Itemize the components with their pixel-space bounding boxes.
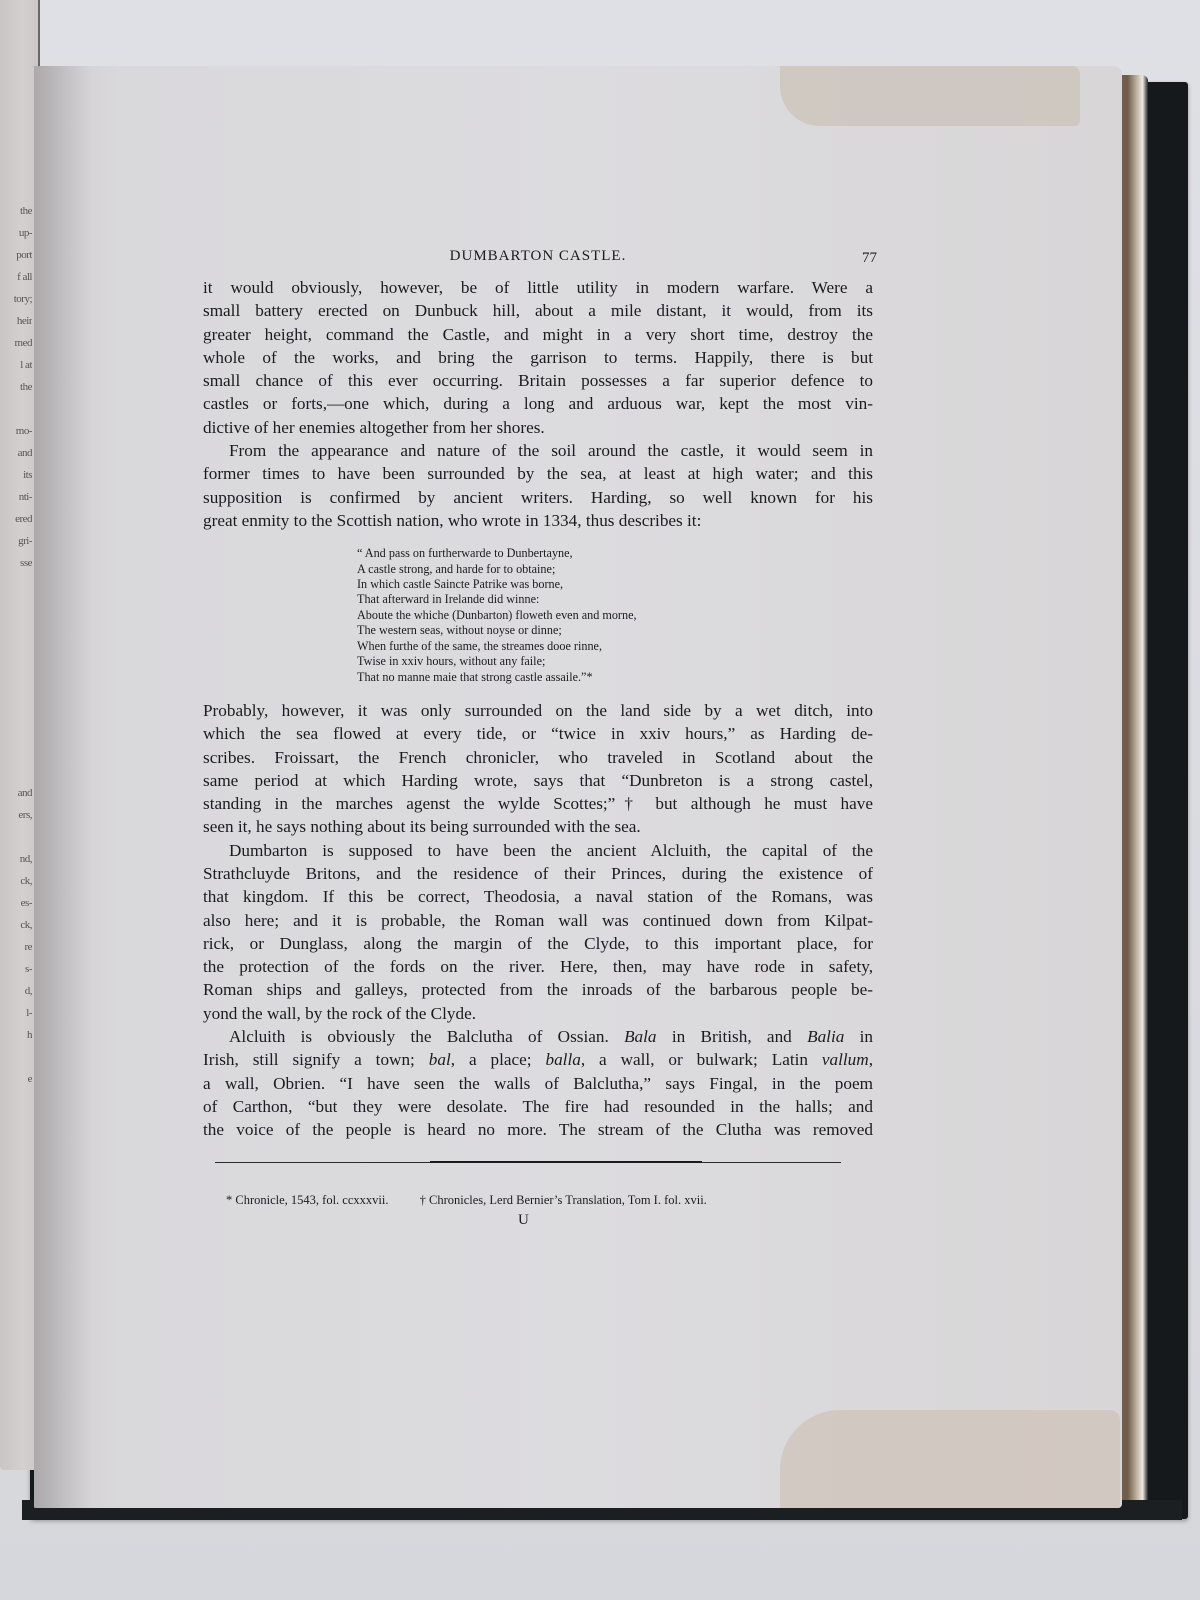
margin-fragment: mo- (2, 420, 32, 442)
paragraph-3: Probably, however, it was only surrounde… (203, 699, 873, 839)
footnote-rule-center (430, 1161, 702, 1163)
paragraph-1: it would obviously, however, be of littl… (203, 276, 873, 439)
text-run: , a place; (451, 1050, 546, 1069)
margin-fragment: and (2, 782, 32, 804)
margin-fragment: s- (2, 958, 32, 980)
paragraph-4: Dumbarton is supposed to have been the a… (203, 839, 873, 1025)
footnote-asterisk: * Chronicle, 1543, fol. ccxxxvii. (226, 1193, 388, 1207)
verse-line: Aboute the whiche (Dunbarton) floweth ev… (357, 608, 873, 623)
verse-line: The western seas, without noyse or dinne… (357, 623, 873, 638)
margin-fragment: heir (2, 310, 32, 332)
margin-fragment: ck, (2, 914, 32, 936)
photo-scene: the up- port f all tory; heir med l at t… (0, 0, 1200, 1600)
margin-fragment: the (2, 200, 32, 222)
page-number: 77 (862, 250, 877, 267)
italic-term: bal (429, 1050, 451, 1069)
text-line: From the appearance and nature of the so… (203, 439, 873, 462)
text-line: former times to have been surrounded by … (203, 462, 873, 485)
text-line: Irish, still signify a town; bal, a plac… (203, 1048, 873, 1071)
text-line: that kingdom. If this be correct, Theodo… (203, 885, 873, 908)
italic-term: balla (545, 1050, 580, 1069)
margin-fragment: nd, (2, 848, 32, 870)
paragraph-5: Alcluith is obviously the Balclutha of O… (203, 1025, 873, 1141)
text-line: standing in the marches agenst the wylde… (203, 792, 873, 815)
text-line: the protection of the fords on the river… (203, 955, 873, 978)
margin-fragment: med (2, 332, 32, 354)
left-page-margin-text-top: the up- port f all tory; heir med l at t… (2, 200, 32, 574)
margin-fragment: e (2, 1068, 32, 1090)
text-line: seen it, he says nothing about its being… (203, 815, 873, 838)
text-line: the voice of the people is heard no more… (203, 1118, 873, 1141)
text-line: castles or forts,—one which, during a lo… (203, 392, 873, 415)
text-run: , (869, 1050, 873, 1069)
text-line: it would obviously, however, be of littl… (203, 276, 873, 299)
verse-line: A castle strong, and harde for to obtain… (357, 562, 873, 577)
text-line: Alcluith is obviously the Balclutha of O… (203, 1025, 873, 1048)
margin-fragment (2, 398, 32, 420)
verse-line: “ And pass on furtherwarde to Dunbertayn… (357, 546, 873, 561)
margin-fragment: f all (2, 266, 32, 288)
running-title: DUMBARTON CASTLE. (203, 248, 873, 265)
margin-fragment: ered (2, 508, 32, 530)
text-line: Probably, however, it was only surrounde… (203, 699, 873, 722)
text-run: , a wall, or bulwark; Latin (581, 1050, 822, 1069)
margin-fragment: h (2, 1024, 32, 1046)
verse-line: When furthe of the same, the streames do… (357, 639, 873, 654)
text-line: also here; and it is probable, the Roman… (203, 909, 873, 932)
text-line: a wall, Obrien. “I have seen the walls o… (203, 1072, 873, 1095)
text-line: yond the wall, by the rock of the Clyde. (203, 1002, 873, 1025)
text-line: scribes. Froissart, the French chronicle… (203, 746, 873, 769)
margin-fragment: nti- (2, 486, 32, 508)
signature-mark: U (518, 1212, 529, 1229)
margin-fragment: up- (2, 222, 32, 244)
margin-fragment: sse (2, 552, 32, 574)
text-run: in (844, 1027, 873, 1046)
footnotes: * Chronicle, 1543, fol. ccxxxvii. † Chro… (226, 1193, 846, 1208)
verse-line: That no manne maie that strong castle as… (357, 670, 873, 685)
italic-term: Balia (807, 1027, 844, 1046)
text-run: Alcluith is obviously the Balclutha of O… (229, 1027, 624, 1046)
italic-term: vallum (822, 1050, 869, 1069)
text-line: dictive of her enemies altogether from h… (203, 416, 873, 439)
text-line: Strathcluyde Britons, and the residence … (203, 862, 873, 885)
verse-line: Twise in xxiv hours, without any faile; (357, 654, 873, 669)
margin-fragment: port (2, 244, 32, 266)
margin-fragment: re (2, 936, 32, 958)
text-line: Dumbarton is supposed to have been the a… (203, 839, 873, 862)
margin-fragment: d, (2, 980, 32, 1002)
text-line: small battery erected on Dunbuck hill, a… (203, 299, 873, 322)
margin-fragment: es- (2, 892, 32, 914)
margin-fragment (2, 826, 32, 848)
page-gutter-shadow (34, 66, 92, 1508)
text-line: rick, or Dunglass, along the margin of t… (203, 932, 873, 955)
running-head: DUMBARTON CASTLE. 77 (203, 248, 873, 276)
text-line: greater height, command the Castle, and … (203, 323, 873, 346)
text-line: same period at which Harding wrote, says… (203, 769, 873, 792)
text-line: Roman ships and galleys, protected from … (203, 978, 873, 1001)
harding-verse-quote: “ And pass on furtherwarde to Dunbertayn… (357, 546, 873, 685)
margin-fragment: l at (2, 354, 32, 376)
paper-stain-top (780, 66, 1080, 126)
paper-stain-bottom (780, 1410, 1120, 1508)
margin-fragment: ers, (2, 804, 32, 826)
margin-fragment: l- (2, 1002, 32, 1024)
margin-fragment: tory; (2, 288, 32, 310)
text-line: which the sea flowed at every tide, or “… (203, 722, 873, 745)
text-line: whole of the works, and bring the garris… (203, 346, 873, 369)
left-page-margin-text-bottom: and ers, nd, ck, es- ck, re s- d, l- h e (2, 782, 32, 1090)
text-line: great enmity to the Scottish nation, who… (203, 509, 873, 532)
text-run: in British, and (657, 1027, 808, 1046)
margin-fragment: ck, (2, 870, 32, 892)
text-line: of Carthon, “but they were desolate. The… (203, 1095, 873, 1118)
margin-fragment: the (2, 376, 32, 398)
margin-fragment (2, 1046, 32, 1068)
margin-fragment: gri- (2, 530, 32, 552)
footnote-dagger: † Chronicles, Lerd Bernier’s Translation… (420, 1193, 707, 1207)
text-line: small chance of this ever occurring. Bri… (203, 369, 873, 392)
page-text-block: DUMBARTON CASTLE. 77 it would obviously,… (203, 248, 873, 1142)
verse-line: That afterward in Irelande did winne: (357, 592, 873, 607)
paragraph-2: From the appearance and nature of the so… (203, 439, 873, 532)
text-line: supposition is confirmed by ancient writ… (203, 486, 873, 509)
margin-fragment: and (2, 442, 32, 464)
verse-line: In which castle Saincte Patrike was born… (357, 577, 873, 592)
margin-fragment: its (2, 464, 32, 486)
italic-term: Bala (624, 1027, 656, 1046)
text-run: Irish, still signify a town; (203, 1050, 429, 1069)
